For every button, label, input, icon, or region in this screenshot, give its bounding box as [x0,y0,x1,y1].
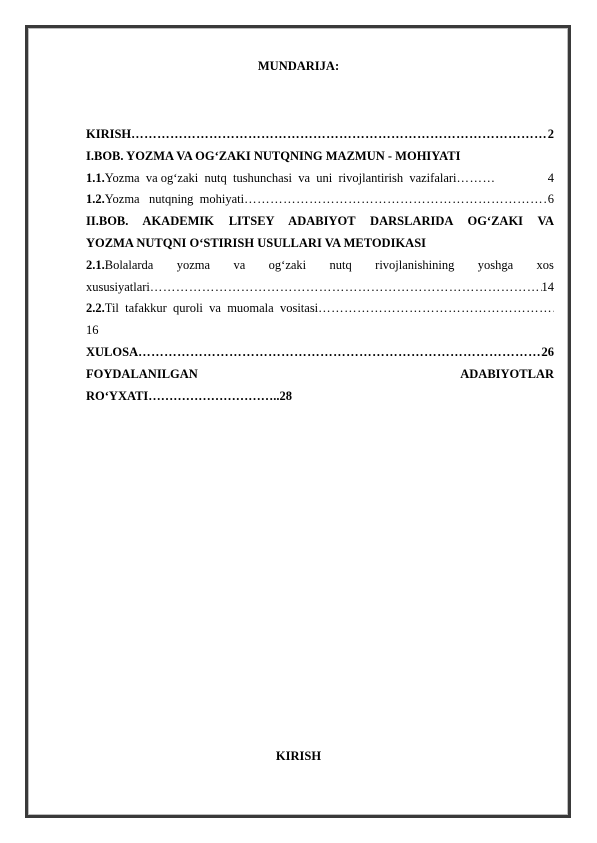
toc-entry-1-1[interactable]: 1.1. Yozma va og‘zaki nutq tushunchasi v… [86,168,554,190]
toc-entry-2-1[interactable]: 2.1.Bolalarda yozma va og‘zaki nutq rivo… [86,255,554,277]
toc-entry-2-1-cont[interactable]: xususiyatlari ……………………………………………………………………… [86,277,554,299]
toc-entry-bob1[interactable]: I.BOB. YOZMA VA OG‘ZAKI NUTQNING MAZMUN … [86,146,554,168]
table-of-contents: KIRISH ………………………………………………………………………………………… [86,124,554,407]
toc-entry-xulosa[interactable]: XULOSA ………………………………………………………………………………….…… [86,342,554,364]
toc-entry-2-2-page: 16 [86,320,554,342]
toc-entry-1-2[interactable]: 1.2. Yozma nutqning mohiyati ……………………………… [86,189,554,211]
toc-entry-2-2[interactable]: 2.2. Til tafakkur quroli va muomala vosi… [86,298,554,320]
section-heading-kirish: KIRISH [0,749,597,764]
toc-entry-foydalanilgan-cont[interactable]: RO‘YXATI ………………………….. 28 [86,386,554,408]
toc-entry-foydalanilgan[interactable]: FOYDALANILGAN ADABIYOTLAR [86,364,554,386]
toc-entry-kirish[interactable]: KIRISH ………………………………………………………………………………………… [86,124,554,146]
toc-entry-bob2-line1[interactable]: II.BOB. AKADEMIK LITSEY ADABIYOT DARSLAR… [86,211,554,233]
toc-entry-bob2-line2[interactable]: YOZMA NUTQNI O‘STIRISH USULLARI VA METOD… [86,233,554,255]
toc-title: MUNDARIJA: [0,59,597,74]
